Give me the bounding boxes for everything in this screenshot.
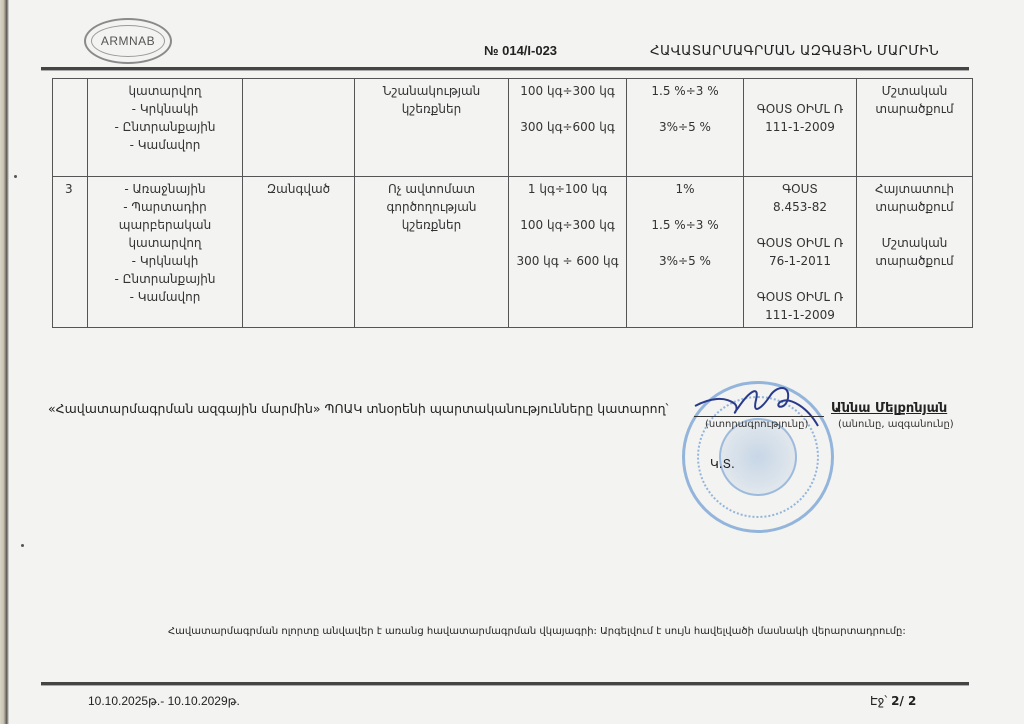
organization-title: ՀԱՎԱՏԱՐՄԱԳՐՄԱՆ ԱԶԳԱՅԻՆ ՄԱՐՄԻՆ: [650, 43, 939, 59]
cell-ranges: 1 կգ÷100 կգ100 կգ÷300 կգ300 կգ ÷ 600 կգ: [509, 177, 627, 328]
cell-line: կատարվող: [92, 82, 238, 100]
cell-line: տարածքում: [861, 198, 968, 216]
signature-caption: (ստորագրությունը): [705, 419, 808, 430]
cell-line: 111-1-2009: [748, 118, 852, 136]
cell-line: կշեռքներ: [359, 100, 504, 118]
cell-line: գործողության: [359, 198, 504, 216]
cell-location: ՀայտատուիտարածքումՄշտականտարածքում: [857, 177, 973, 328]
cell-line: 3%÷5 %: [631, 252, 739, 270]
cell-line: 300 կգ ÷ 600 կգ: [513, 252, 622, 270]
cell-standards: ԳՕՍՏ8.453-82ԳՕՍՏ ՕԻՄԼ Ռ76-1-2011ԳՕՍՏ ՕԻՄ…: [744, 177, 857, 328]
cell-line: [513, 100, 622, 118]
signer-name: Աննա Մելքոնյան: [831, 401, 947, 416]
footer-divider: [41, 682, 969, 686]
cell-line: տարածքում: [861, 100, 968, 118]
table-row: 3- Առաջնային- Պարտադիրպարբերականկատարվող…: [53, 177, 973, 328]
cell-line: 300 կգ÷600 կգ: [513, 118, 622, 136]
document-number: № 014/I-023: [484, 43, 557, 58]
cell-line: [513, 198, 622, 216]
seal-place-mark: Կ.Տ.: [710, 457, 735, 471]
signatory-statement: «Հավատարմագրման ազգային մարմին» ՊՈԱԿ տնօ…: [48, 401, 668, 416]
cell-line: տարածքում: [861, 252, 968, 270]
cell-num: [53, 79, 88, 177]
accreditation-scope-table: կատարվող- Կրկնակի- Ընտրանքային- ԿամավորՆ…: [52, 78, 973, 328]
cell-line: Մշտական: [861, 234, 968, 252]
cell-line: 1.5 %÷3 %: [631, 216, 739, 234]
cell-line: [631, 100, 739, 118]
cell-types: կատարվող- Կրկնակի- Ընտրանքային- Կամավոր: [88, 79, 243, 177]
cell-line: [513, 234, 622, 252]
scan-speck: [21, 544, 24, 547]
cell-line: 100 կգ÷300 կգ: [513, 216, 622, 234]
cell-line: - Ընտրանքային: [92, 118, 238, 136]
cell-line: [861, 216, 968, 234]
cell-line: [748, 216, 852, 234]
cell-line: 1 կգ÷100 կգ: [513, 180, 622, 198]
scanned-page-edge: [0, 0, 9, 724]
cell-line: ԳՕՍՏ ՕԻՄԼ Ռ: [748, 100, 852, 118]
cell-line: պարբերական: [92, 216, 238, 234]
cell-line: [65, 82, 83, 100]
cell-object: Նշանակությանկշեռքներ: [355, 79, 509, 177]
cell-ranges: 100 կգ÷300 կգ300 կգ÷600 կգ: [509, 79, 627, 177]
cell-object: Ոչ ավտոմատգործողությանկշեռքներ: [355, 177, 509, 328]
cell-line: - Ընտրանքային: [92, 270, 238, 288]
cell-line: Մշտական: [861, 82, 968, 100]
cell-line: ԳՕՍՏ ՕԻՄԼ Ռ: [748, 234, 852, 252]
table-row: կատարվող- Կրկնակի- Ընտրանքային- ԿամավորՆ…: [53, 79, 973, 177]
legal-disclaimer: Հավատարմագրման ոլորտը անվավեր է առանց հա…: [168, 626, 906, 637]
cell-line: - Կրկնակի: [92, 100, 238, 118]
cell-location: Մշտականտարածքում: [857, 79, 973, 177]
cell-num: 3: [53, 177, 88, 328]
cell-types: - Առաջնային- Պարտադիրպարբերականկատարվող-…: [88, 177, 243, 328]
cell-line: կատարվող: [92, 234, 238, 252]
cell-line: - Առաջնային: [92, 180, 238, 198]
page-indicator: Էջ՝ 2/ 2: [870, 694, 916, 708]
cell-accuracy: 1%1.5 %÷3 %3%÷5 %: [627, 177, 744, 328]
cell-line: [247, 82, 350, 100]
cell-line: - Կամավոր: [92, 136, 238, 154]
cell-line: [631, 234, 739, 252]
cell-line: Հայտատուի: [861, 180, 968, 198]
cell-line: [748, 82, 852, 100]
cell-line: [748, 270, 852, 288]
cell-line: ԳՕՍՏ: [748, 180, 852, 198]
cell-line: 1%: [631, 180, 739, 198]
cell-line: 100 կգ÷300 կգ: [513, 82, 622, 100]
signature-line: [694, 416, 824, 417]
logo-text: ARMNAB: [101, 34, 155, 48]
cell-line: ԳՕՍՏ ՕԻՄԼ Ռ: [748, 288, 852, 306]
cell-line: 111-1-2009: [748, 306, 852, 324]
scan-speck: [14, 175, 17, 178]
cell-method: [243, 79, 355, 177]
cell-line: - Պարտադիր: [92, 198, 238, 216]
armnab-logo: ARMNAB: [84, 18, 172, 64]
cell-method: Զանգված: [243, 177, 355, 328]
cell-line: 8.453-82: [748, 198, 852, 216]
header-divider: [41, 67, 969, 71]
cell-line: [631, 198, 739, 216]
cell-accuracy: 1.5 %÷3 %3%÷5 %: [627, 79, 744, 177]
cell-line: - Կրկնակի: [92, 252, 238, 270]
cell-line: 3%÷5 %: [631, 118, 739, 136]
cell-line: Զանգված: [247, 180, 350, 198]
signer-name-caption: (անունը, ազգանունը): [838, 419, 954, 430]
cell-standards: ԳՕՍՏ ՕԻՄԼ Ռ111-1-2009: [744, 79, 857, 177]
cell-line: - Կամավոր: [92, 288, 238, 306]
cell-line: Նշանակության: [359, 82, 504, 100]
cell-line: Ոչ ավտոմատ: [359, 180, 504, 198]
cell-line: 76-1-2011: [748, 252, 852, 270]
cell-line: 3: [65, 180, 83, 198]
page-count: 2/ 2: [891, 694, 916, 708]
cell-line: կշեռքներ: [359, 216, 504, 234]
validity-period: 10.10.2025թ.- 10.10.2029թ.: [88, 694, 240, 708]
page-label: Էջ՝: [870, 694, 887, 708]
cell-line: 1.5 %÷3 %: [631, 82, 739, 100]
